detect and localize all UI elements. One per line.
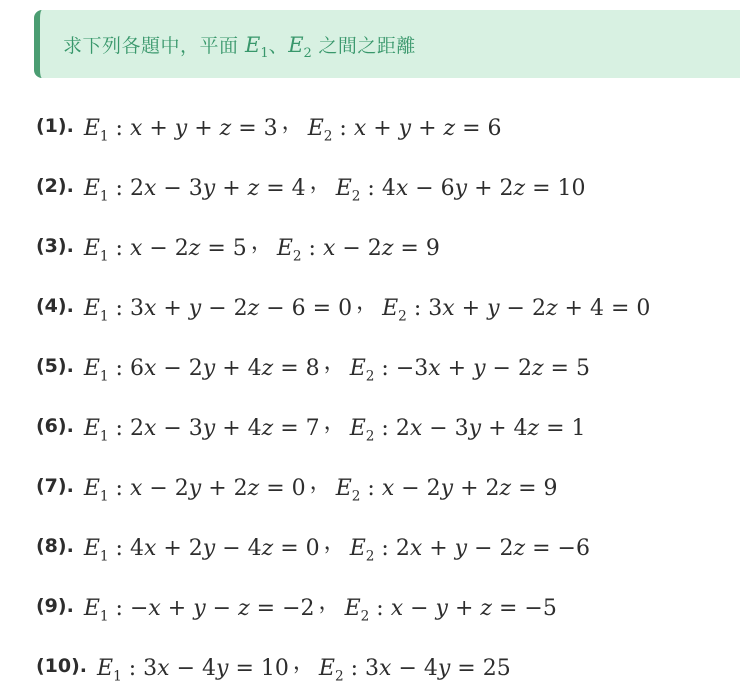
equation-separator: ， [310, 465, 332, 496]
problem-number: (7). [36, 475, 74, 497]
problem-number: (10). [36, 655, 87, 677]
problem-equations: E1 : −x + y − z = −2，E2 : x − y + z = −5 [84, 591, 557, 622]
plane-e2-symbol: E2 [288, 33, 312, 57]
equation-separator: ， [324, 345, 346, 376]
instruction-text-before: 求下列各題中，平面 [63, 35, 245, 57]
plane-e1-symbol: E1 [245, 33, 269, 57]
problem-equations: E1 : 2x − 3y + 4z = 7，E2 : 2x − 3y + 4z … [84, 411, 586, 442]
problem-equations: E1 : 3x − 4y = 10，E2 : 3x − 4y = 25 [97, 651, 511, 682]
problem-equations: E1 : x + y + z = 3，E2 : x + y + z = 6 [84, 111, 502, 142]
problem-row: (2). E1 : 2x − 3y + z = 4，E2 : 4x − 6y +… [0, 156, 740, 216]
problem-row: (8). E1 : 4x + 2y − 4z = 0，E2 : 2x + y −… [0, 516, 740, 576]
problem-equations: E1 : x − 2z = 5，E2 : x − 2z = 9 [84, 231, 440, 262]
problem-number: (2). [36, 175, 74, 197]
problem-number: (4). [36, 295, 74, 317]
problem-number: (6). [36, 415, 74, 437]
problem-list: (1). E1 : x + y + z = 3，E2 : x + y + z =… [0, 96, 740, 696]
instruction-text-after: 之間之距離 [312, 35, 416, 57]
problem-equations: E1 : 6x − 2y + 4z = 8，E2 : −3x + y − 2z … [84, 351, 590, 382]
equation-separator: ， [310, 165, 332, 196]
equation-separator: ， [282, 105, 304, 136]
problem-number: (5). [36, 355, 74, 377]
instruction-banner: 求下列各題中，平面 E1、E2 之間之距離 [34, 10, 740, 78]
equation-separator: ， [293, 645, 315, 676]
problem-equations: E1 : 3x + y − 2z − 6 = 0，E2 : 3x + y − 2… [84, 291, 651, 322]
equation-separator: ， [324, 525, 346, 556]
problem-number: (9). [36, 595, 74, 617]
problem-row: (1). E1 : x + y + z = 3，E2 : x + y + z =… [0, 96, 740, 156]
problem-number: (8). [36, 535, 74, 557]
problem-equations: E1 : x − 2y + 2z = 0，E2 : x − 2y + 2z = … [84, 471, 558, 502]
equation-separator: ， [319, 585, 341, 616]
problem-row: (7). E1 : x − 2y + 2z = 0，E2 : x − 2y + … [0, 456, 740, 516]
problem-number: (1). [36, 115, 74, 137]
problem-number: (3). [36, 235, 74, 257]
problem-row: (4). E1 : 3x + y − 2z − 6 = 0，E2 : 3x + … [0, 276, 740, 336]
equation-separator: ， [356, 285, 378, 316]
equation-separator: ， [324, 405, 346, 436]
problem-row: (10). E1 : 3x − 4y = 10，E2 : 3x − 4y = 2… [0, 636, 740, 696]
problem-row: (3). E1 : x − 2z = 5，E2 : x − 2z = 9 [0, 216, 740, 276]
problem-equations: E1 : 4x + 2y − 4z = 0，E2 : 2x + y − 2z =… [84, 531, 590, 562]
problem-row: (6). E1 : 2x − 3y + 4z = 7，E2 : 2x − 3y … [0, 396, 740, 456]
enum-comma: 、 [269, 35, 289, 57]
problem-row: (9). E1 : −x + y − z = −2，E2 : x − y + z… [0, 576, 740, 636]
instruction-text: 求下列各題中，平面 E1、E2 之間之距離 [63, 31, 416, 58]
equation-separator: ， [251, 225, 273, 256]
problem-row: (5). E1 : 6x − 2y + 4z = 8，E2 : −3x + y … [0, 336, 740, 396]
problem-equations: E1 : 2x − 3y + z = 4，E2 : 4x − 6y + 2z =… [84, 171, 586, 202]
